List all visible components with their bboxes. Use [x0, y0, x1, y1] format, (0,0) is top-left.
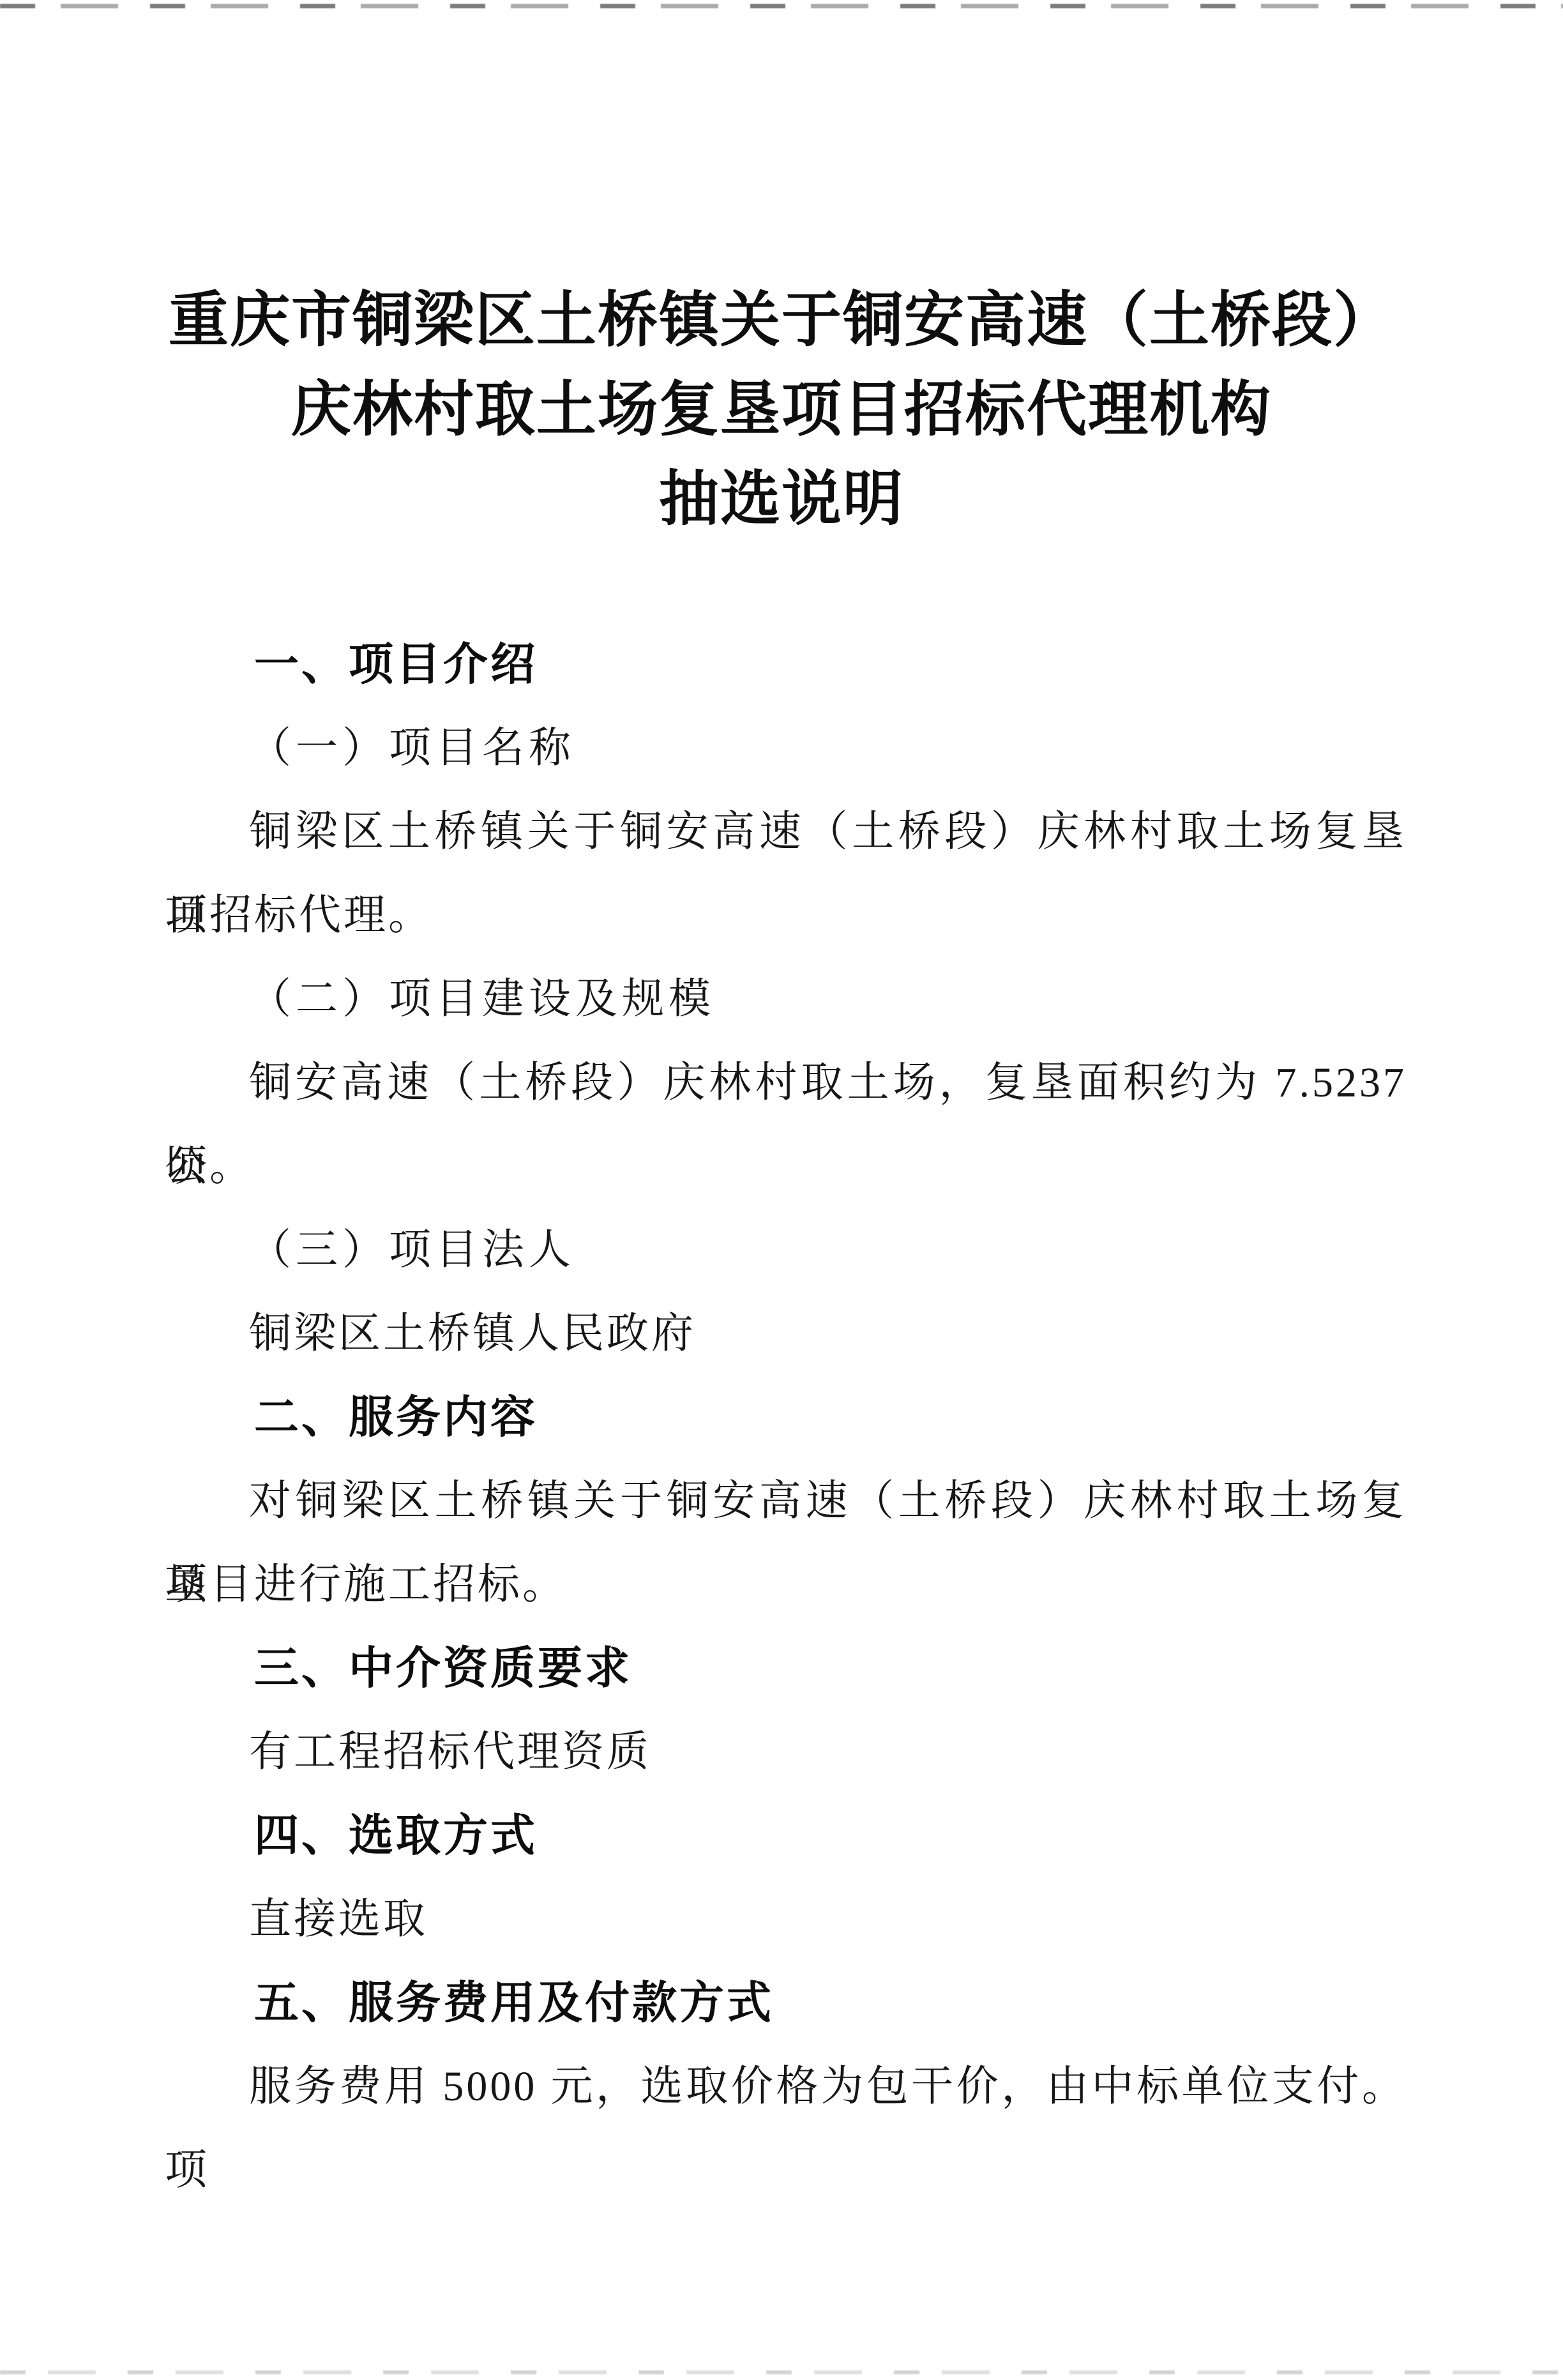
paragraph-scale-line-1: 铜安高速（土桥段）庆林村取土场，复垦面积约为 7.5237 公 [165, 1041, 1407, 1125]
section-heading-4: 四、选取方式 [165, 1794, 1407, 1877]
paragraph-service-line-1: 对铜梁区土桥镇关于铜安高速（土桥段）庆林村取土场复垦 [165, 1459, 1407, 1543]
paragraph-project-name-line-2: 目招标代理。 [165, 874, 1407, 957]
title-line-2: 庆林村取土场复垦项目招标代理机构 [0, 365, 1563, 455]
paragraph-project-name-line-1: 铜梁区土桥镇关于铜安高速（土桥段）庆林村取土场复垦项 [165, 790, 1407, 874]
subsection-heading-1-1: （一）项目名称 [165, 706, 1407, 790]
document-body: 一、项目介绍 （一）项目名称 铜梁区土桥镇关于铜安高速（土桥段）庆林村取土场复垦… [165, 623, 1407, 2128]
section-heading-3: 三、中介资质要求 [165, 1626, 1407, 1710]
document-title: 重庆市铜梁区土桥镇关于铜安高速（土桥段） 庆林村取土场复垦项目招标代理机构 抽选… [0, 276, 1563, 544]
title-line-3: 抽选说明 [0, 455, 1563, 544]
title-line-1: 重庆市铜梁区土桥镇关于铜安高速（土桥段） [0, 276, 1563, 365]
subsection-heading-1-2: （二）项目建设及规模 [165, 957, 1407, 1041]
paragraph-legal-person: 铜梁区土桥镇人民政府 [165, 1292, 1407, 1376]
section-heading-1: 一、项目介绍 [165, 623, 1407, 706]
paragraph-selection-method: 直接选取 [165, 1877, 1407, 1961]
paragraph-service-line-2: 项目进行施工招标。 [165, 1543, 1407, 1626]
document-page: 重庆市铜梁区土桥镇关于铜安高速（土桥段） 庆林村取土场复垦项目招标代理机构 抽选… [0, 0, 1563, 2380]
subsection-heading-1-3: （三）项目法人 [165, 1208, 1407, 1292]
paragraph-qualification: 有工程招标代理资质 [165, 1710, 1407, 1794]
paragraph-scale-line-2: 顷。 [165, 1125, 1407, 1208]
scan-artifact-bottom [0, 2370, 1563, 2374]
section-heading-2: 二、服务内容 [165, 1376, 1407, 1459]
section-heading-5: 五、服务费用及付款方式 [165, 1961, 1407, 2045]
paragraph-fee-line-1: 服务费用 5000 元，选取价格为包干价，由中标单位支付。项 [165, 2045, 1407, 2128]
scan-artifact-top [0, 4, 1563, 8]
